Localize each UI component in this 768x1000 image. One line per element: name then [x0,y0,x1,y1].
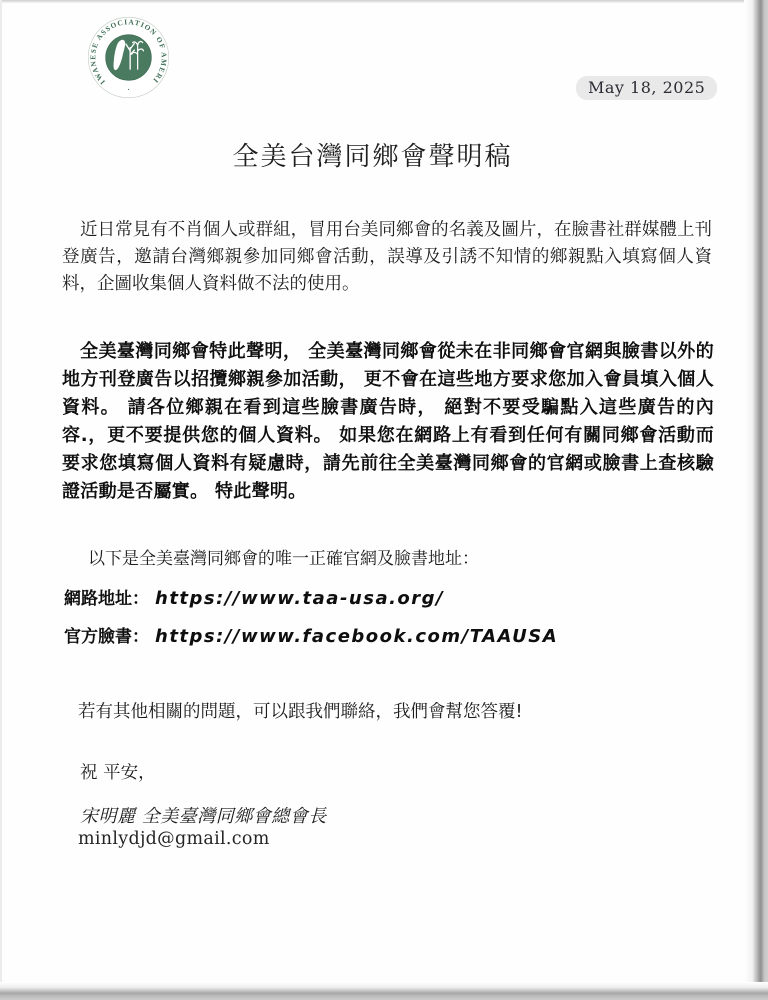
page-edge-top [0,0,768,3]
official-links-intro: 以下是全美臺灣同鄉會的唯一正確官網及臉書地址： [62,546,712,573]
signature-name-title: 宋明麗 全美臺灣同鄉會總會長 [80,802,327,828]
facebook-label: 官方臉書： [64,627,149,647]
website-line: 網路地址：https://www.taa-usa.org/ [64,584,444,609]
website-url: https://www.taa-usa.org/ [155,588,444,609]
closing-wish: 祝 平安， [80,759,156,784]
paragraph-statement-bold: 全美臺灣同鄉會特此聲明， 全美臺灣同鄉會從未在非同鄉會官網與臉書以外的地方刊登廣… [62,338,714,506]
association-seal-icon: TAIWANESE ASSOCIATION OF AMERICA · [87,16,170,99]
facebook-line: 官方臉書：https://www.facebook.com/TAAUSA [64,622,558,647]
facebook-url: https://www.facebook.com/TAAUSA [155,626,558,647]
website-label: 網路地址： [64,589,149,609]
contact-email: minlydjd@gmail.com [78,829,270,849]
logo-ring-separator-dot: · [127,84,130,94]
page-edge-bottom [0,982,768,1000]
paragraph-warning: 近日常見有不肖個人或群組，冒用台美同鄉會的名義及圖片，在臉書社群媒體上刊登廣告，… [62,217,712,298]
taiwanese-association-logo: TAIWANESE ASSOCIATION OF AMERICA · [87,16,170,99]
scanned-letter-page: TAIWANESE ASSOCIATION OF AMERICA · May 1… [0,0,768,1000]
contact-note: 若有其他相關的問題，可以跟我們聯絡，我們會幫您答覆! [62,699,712,726]
page-title: 全美台灣同鄉會聲明稿 [0,136,745,173]
page-edge-right [744,0,768,1000]
logo-green-disc [106,35,152,81]
date-stamp: May 18, 2025 [576,76,717,100]
